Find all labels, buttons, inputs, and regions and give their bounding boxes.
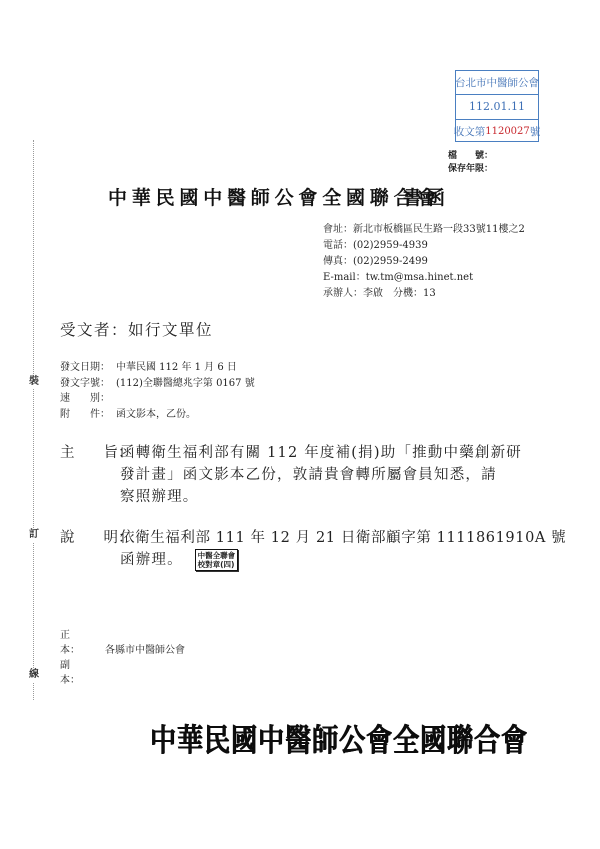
receipt-stamp-organization: 台北市中醫師公會: [456, 71, 538, 94]
organization-seal: 中華民國中醫師公會全國聯合會: [150, 716, 528, 760]
binding-mark-bind: 裝: [27, 375, 41, 389]
file-number-label: 檔 號：: [448, 151, 493, 161]
retention-label: 保存年限：: [448, 164, 493, 174]
contact-block: 會址：新北市板橋區民生路一段33號11樓之2 電話：(02)2959-4939 …: [323, 222, 525, 302]
urgency-row: 速 別：: [60, 391, 255, 407]
issue-number-label: 發文字號：: [60, 376, 116, 392]
subject-line: 察照辦理。: [120, 486, 540, 508]
issue-meta: 發文日期：中華民國 112 年 1 月 6 日 發文字號：(112)全聯醫總兆字…: [60, 360, 255, 422]
explanation-section: 說 明： 依衛生福利部 111 年 12 月 21 日衛部顧字第 1111861…: [60, 527, 600, 577]
contact-address: 會址：新北市板橋區民生路一段33號11樓之2: [323, 222, 525, 238]
issue-number-row: 發文字號：(112)全聯醫總兆字第 0167 號: [60, 376, 255, 392]
document-type: 書函: [403, 183, 449, 210]
explanation-line: 函辦理。: [120, 552, 183, 568]
original-copy-label: 正 本：: [60, 628, 105, 658]
original-copy-value: 各縣市中醫師公會: [105, 645, 185, 656]
binding-mark-staple: 訂: [27, 528, 41, 542]
explanation-line-2: 函辦理。 中醫全聯會 校對章(四): [120, 549, 600, 571]
contact-email: E-mail：tw.tm@msa.hinet.net: [323, 270, 525, 286]
proofread-stamp-line2: 校對章(四): [198, 560, 236, 569]
explanation-line: 依衛生福利部 111 年 12 月 21 日衛部顧字第 1111861910A …: [120, 527, 600, 549]
receipt-stamp: 台北市中醫師公會 112.01.11 收文第1120027號: [455, 70, 539, 142]
contact-phone: 電話：(02)2959-4939: [323, 238, 525, 254]
proofread-stamp-line1: 中醫全聯會: [198, 551, 236, 560]
organization-title: 中華民國中醫師公會全國聯合會: [108, 183, 441, 210]
binding-mark-line: 線: [27, 668, 41, 682]
issue-date-label: 發文日期：: [60, 360, 116, 376]
retention-line: 保存年限：: [448, 163, 493, 176]
receipt-prefix: 收文第: [454, 124, 486, 139]
recipient: 受文者：如行文單位: [60, 318, 213, 340]
recipient-value: 如行文單位: [128, 321, 213, 339]
contact-fax: 傳真：(02)2959-2499: [323, 254, 525, 270]
original-copy-row: 正 本：各縣市中醫師公會: [60, 628, 185, 658]
subject-body: 函轉衛生福利部有關 112 年度補(捐)助「推動中藥創新研 發計畫」函文影本乙份…: [120, 442, 540, 508]
subject-line: 函轉衛生福利部有關 112 年度補(捐)助「推動中藥創新研: [120, 442, 540, 464]
explanation-body: 依衛生福利部 111 年 12 月 21 日衛部顧字第 1111861910A …: [120, 527, 600, 571]
explanation-label: 說 明：: [60, 527, 120, 549]
receipt-number: 1120027: [485, 126, 530, 137]
attachment-label: 附 件：: [60, 407, 116, 423]
issue-date-row: 發文日期：中華民國 112 年 1 月 6 日: [60, 360, 255, 376]
receipt-suffix: 號: [530, 124, 541, 139]
attachment-row: 附 件：函文影本，乙份。: [60, 407, 255, 423]
receipt-stamp-number-row: 收文第1120027號: [456, 119, 538, 143]
subject-section: 主 旨： 函轉衛生福利部有關 112 年度補(捐)助「推動中藥創新研 發計畫」函…: [60, 442, 600, 512]
contact-handler: 承辦人：李啟 分機：13: [323, 286, 525, 302]
attachment-value: 函文影本，乙份。: [116, 409, 196, 420]
carbon-copy-label: 副 本：: [60, 658, 105, 688]
distribution: 正 本：各縣市中醫師公會 副 本：: [60, 628, 185, 688]
issue-date-value: 中華民國 112 年 1 月 6 日: [116, 362, 237, 373]
file-number-line: 檔 號：: [448, 150, 493, 163]
urgency-label: 速 別：: [60, 391, 116, 407]
carbon-copy-row: 副 本：: [60, 658, 185, 688]
proofread-stamp: 中醫全聯會 校對章(四): [195, 549, 239, 571]
issue-number-value: (112)全聯醫總兆字第 0167 號: [116, 378, 255, 389]
subject-line: 發計畫」函文影本乙份，敦請貴會轉所屬會員知悉，請: [120, 464, 540, 486]
binding-line: [33, 140, 34, 700]
receipt-stamp-date: 112.01.11: [456, 94, 538, 118]
archive-info: 檔 號： 保存年限：: [448, 150, 493, 176]
recipient-label: 受文者：: [60, 321, 128, 339]
subject-label: 主 旨：: [60, 442, 120, 464]
